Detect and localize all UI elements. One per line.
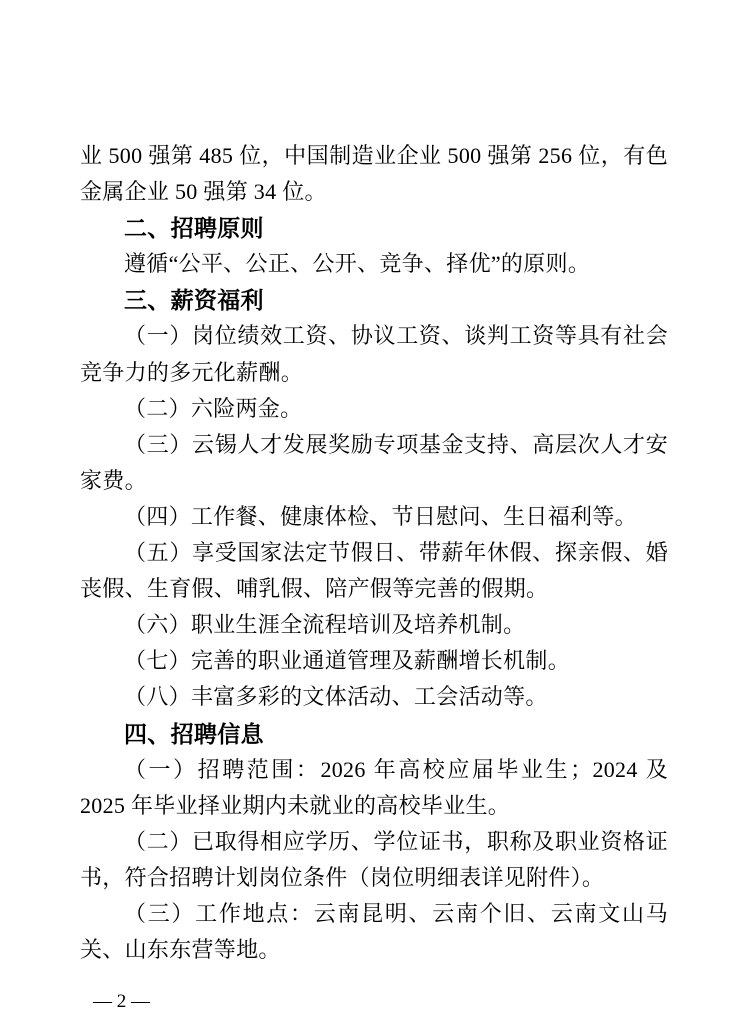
paragraph-info-1: （一）招聘范围：2026 年高校应届毕业生；2024 及 2025 年毕业择业期… bbox=[80, 752, 668, 824]
document-page: 业 500 强第 485 位，中国制造业企业 500 强第 256 位，有色金属… bbox=[0, 0, 749, 1029]
section-heading-salary-benefits: 三、薪资福利 bbox=[80, 282, 668, 318]
paragraph-info-3: （三）工作地点：云南昆明、云南个旧、云南文山马关、山东东营等地。 bbox=[80, 896, 668, 968]
footer: — 2 — bbox=[93, 991, 150, 1013]
paragraph: 遵循“公平、公正、公开、竞争、择优”的原则。 bbox=[80, 246, 668, 282]
paragraph-benefit-5: （五）享受国家法定节假日、带薪年休假、探亲假、婚丧假、生育假、哺乳假、陪产假等完… bbox=[80, 535, 668, 607]
paragraph-benefit-8: （八）丰富多彩的文体活动、工会活动等。 bbox=[80, 679, 668, 715]
paragraph-benefit-7: （七）完善的职业通道管理及薪酬增长机制。 bbox=[80, 643, 668, 679]
document-body: 业 500 强第 485 位，中国制造业企业 500 强第 256 位，有色金属… bbox=[80, 138, 668, 968]
paragraph-info-2: （二）已取得相应学历、学位证书，职称及职业资格证书，符合招聘计划岗位条件（岗位明… bbox=[80, 824, 668, 896]
section-heading-recruit-info: 四、招聘信息 bbox=[80, 716, 668, 752]
paragraph-benefit-1: （一）岗位绩效工资、协议工资、谈判工资等具有社会竞争力的多元化薪酬。 bbox=[80, 318, 668, 390]
paragraph-benefit-6: （六）职业生涯全流程培训及培养机制。 bbox=[80, 607, 668, 643]
paragraph-continued: 业 500 强第 485 位，中国制造业企业 500 强第 256 位，有色金属… bbox=[80, 138, 668, 210]
page-number: — 2 — bbox=[93, 991, 150, 1012]
paragraph-benefit-2: （二）六险两金。 bbox=[80, 391, 668, 427]
paragraph-benefit-3: （三）云锡人才发展奖励专项基金支持、高层次人才安家费。 bbox=[80, 427, 668, 499]
paragraph-benefit-4: （四）工作餐、健康体检、节日慰问、生日福利等。 bbox=[80, 499, 668, 535]
section-heading-recruit-principles: 二、招聘原则 bbox=[80, 210, 668, 246]
